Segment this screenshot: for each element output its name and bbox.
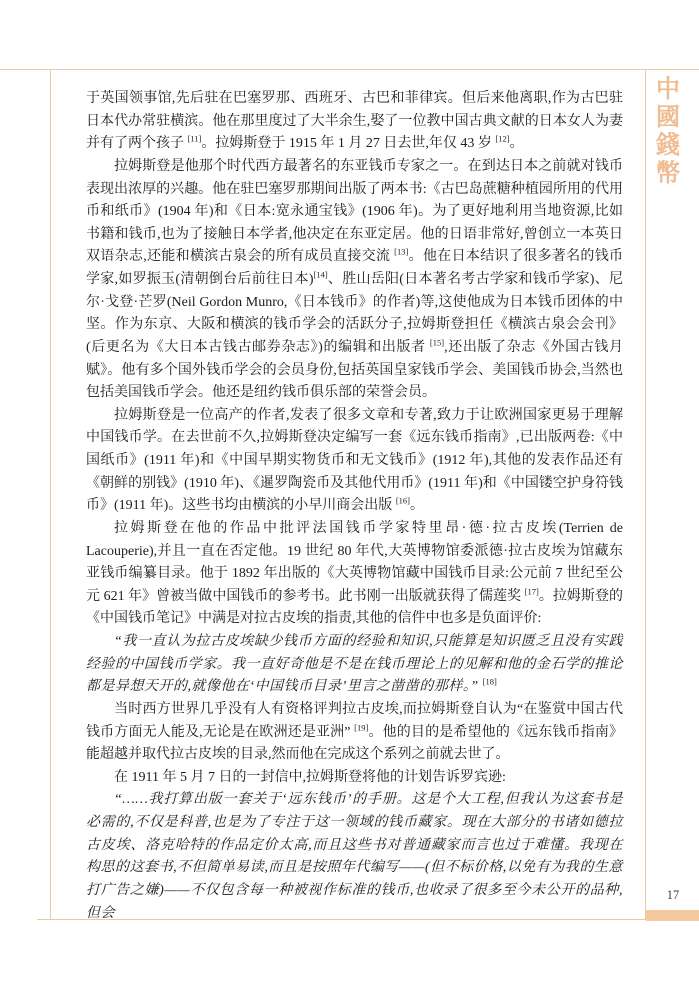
brand-char: 國: [656, 104, 680, 133]
paragraph: 当时西方世界几乎没有人有资格评判拉古皮埃,而拉姆斯登自认为“在鉴赏中国古代钱币方…: [86, 699, 623, 767]
article-body: 于英国领事馆,先后驻在巴塞罗那、西班牙、古巴和菲律宾。但后来他离职,作为古巴驻日…: [86, 88, 623, 925]
page-number: 17: [660, 888, 686, 903]
right-border-rule: [645, 69, 646, 920]
quote-paragraph: “……我打算出版一套关于‘远东钱币’的手册。这是个大工程,但我认为这套书是必需的…: [86, 789, 623, 925]
footnote-ref: [17]: [525, 586, 539, 596]
footnote-ref: [14]: [313, 269, 327, 279]
brand-calligraphy-column: 中 國 錢 幣: [648, 76, 688, 188]
top-border-rule: [0, 69, 699, 70]
paragraph: 在 1911 年 5 月 7 日的一封信中,拉姆斯登将他的计划告诉罗宾逊:: [86, 767, 623, 790]
paragraph: 拉姆斯登是一位高产的作者,发表了很多文章和专著,致力于让欧洲国家更易于理解中国钱…: [86, 405, 623, 518]
paragraph: 拉姆斯登是他那个时代西方最著名的东亚钱币专家之一。在到达日本之前就对钱币表现出浓…: [86, 156, 623, 405]
paragraph: 于英国领事馆,先后驻在巴塞罗那、西班牙、古巴和菲律宾。但后来他离职,作为古巴驻日…: [86, 88, 623, 156]
footnote-ref: [16]: [396, 496, 410, 506]
brand-char: 錢: [656, 132, 680, 161]
footnote-ref: [18]: [483, 677, 497, 687]
corner-accent-block: [646, 910, 699, 921]
footnote-ref: [15]: [430, 337, 444, 347]
footnote-ref: [12]: [495, 134, 509, 144]
brand-char: 中: [656, 76, 680, 105]
footnote-ref: [11]: [188, 134, 202, 144]
footnote-ref: [13]: [394, 247, 408, 257]
brand-char: 幣: [656, 160, 680, 189]
footnote-ref: [19]: [354, 722, 368, 732]
book-page: 于英国领事馆,先后驻在巴塞罗那、西班牙、古巴和菲律宾。但后来他离职,作为古巴驻日…: [0, 0, 699, 983]
quote-paragraph: “我一直认为拉古皮埃缺少钱币方面的经验和知识,只能算是知识匮乏且没有实践经验的中…: [86, 631, 623, 699]
paragraph: 拉姆斯登在他的作品中批评法国钱币学家特里昂·德·拉古皮埃(Terrien de …: [86, 518, 623, 631]
left-border-rule: [50, 69, 51, 920]
